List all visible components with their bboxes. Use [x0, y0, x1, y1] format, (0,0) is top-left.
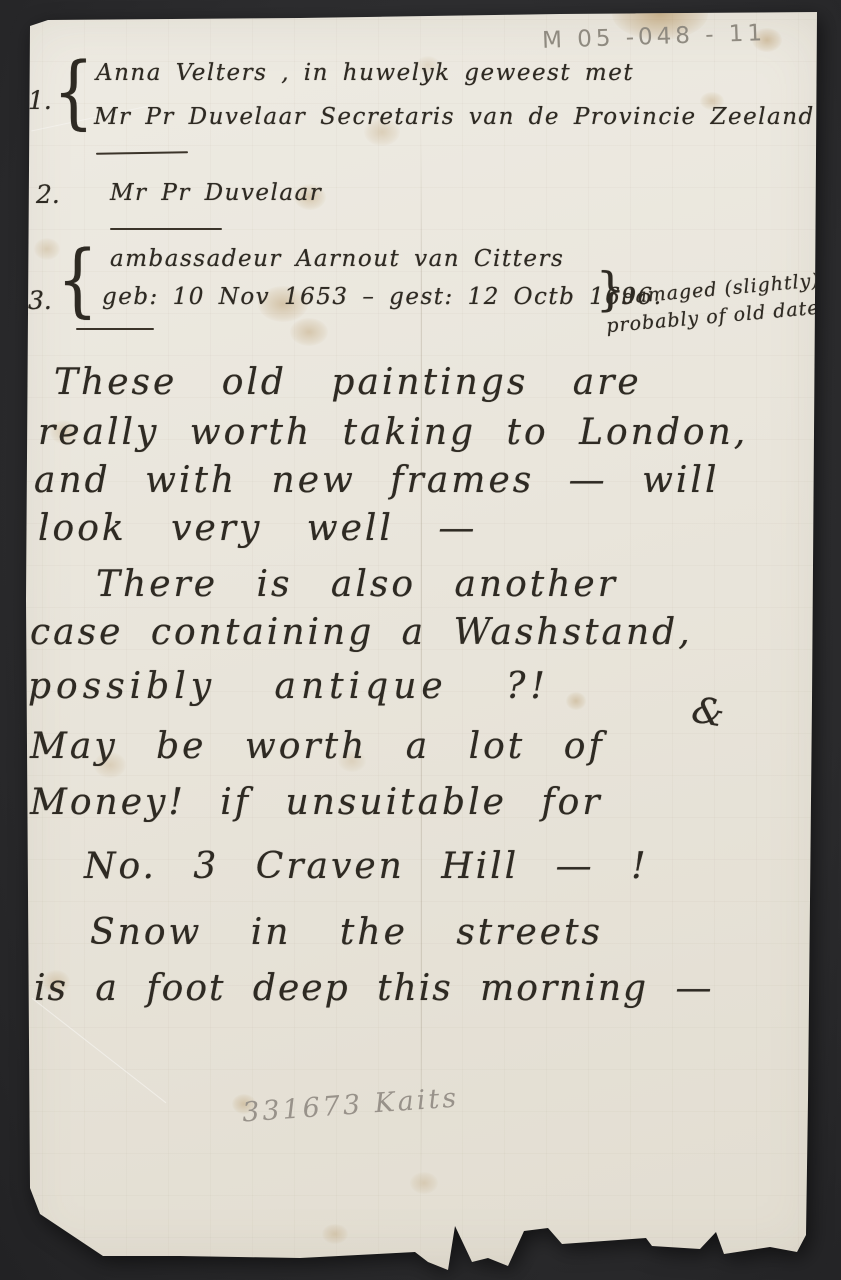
body-line: These old paintings are [54, 362, 642, 403]
entry-2-underline [110, 228, 222, 230]
stain [410, 1172, 438, 1194]
stain [566, 692, 586, 710]
entry-1-brace: { [53, 52, 94, 132]
body-line: May be worth a lot of [30, 726, 605, 767]
inventory-number-note: 331673 Kaits [241, 1082, 460, 1128]
entry-3-number: 3. [28, 286, 52, 315]
entry-2-number: 2. [36, 180, 60, 209]
paper-sheet: M 05 -048 - 11 1. { Anna Velters , in hu… [0, 0, 841, 1280]
body-line: is a foot deep this morning — [34, 968, 714, 1009]
body-line: possibly antique ?! [28, 666, 550, 707]
entry-1-line-2: Mr Pr Duvelaar Secretaris van de Provinc… [94, 104, 815, 130]
body-line: really worth taking to London, [38, 412, 748, 453]
fold-crease [32, 998, 167, 1103]
entry-3-line-2: geb: 10 Nov 1653 – gest: 12 Octb 1696. [102, 284, 663, 310]
body-line: case containing a Washstand, [30, 612, 693, 653]
paper-wrapper: M 05 -048 - 11 1. { Anna Velters , in hu… [0, 0, 841, 1280]
body-line: No. 3 Craven Hill — ! [84, 846, 649, 887]
body-line: Money! if unsuitable for [30, 782, 603, 823]
margin-mark: & [689, 690, 728, 736]
entry-3-underline [76, 328, 154, 330]
body-line: look very well — [38, 508, 477, 549]
body-line: There is also another [96, 564, 618, 605]
entry-1-line-1: Anna Velters , in huwelyk geweest met [96, 60, 634, 86]
body-line: and with new frames — will [34, 460, 719, 501]
stain [322, 1224, 348, 1244]
body-line: Snow in the streets [90, 912, 603, 953]
entry-3-brace: { [57, 240, 98, 320]
entry-1-number: 1. [28, 86, 52, 115]
entry-1-underline [96, 151, 188, 155]
photo-background: M 05 -048 - 11 1. { Anna Velters , in hu… [0, 0, 841, 1280]
stain [290, 318, 328, 346]
archive-code-note: M 05 -048 - 11 [542, 20, 767, 54]
entry-2-text: Mr Pr Duvelaar [110, 180, 322, 206]
entry-3-line-1: ambassadeur Aarnout van Citters [110, 246, 564, 272]
